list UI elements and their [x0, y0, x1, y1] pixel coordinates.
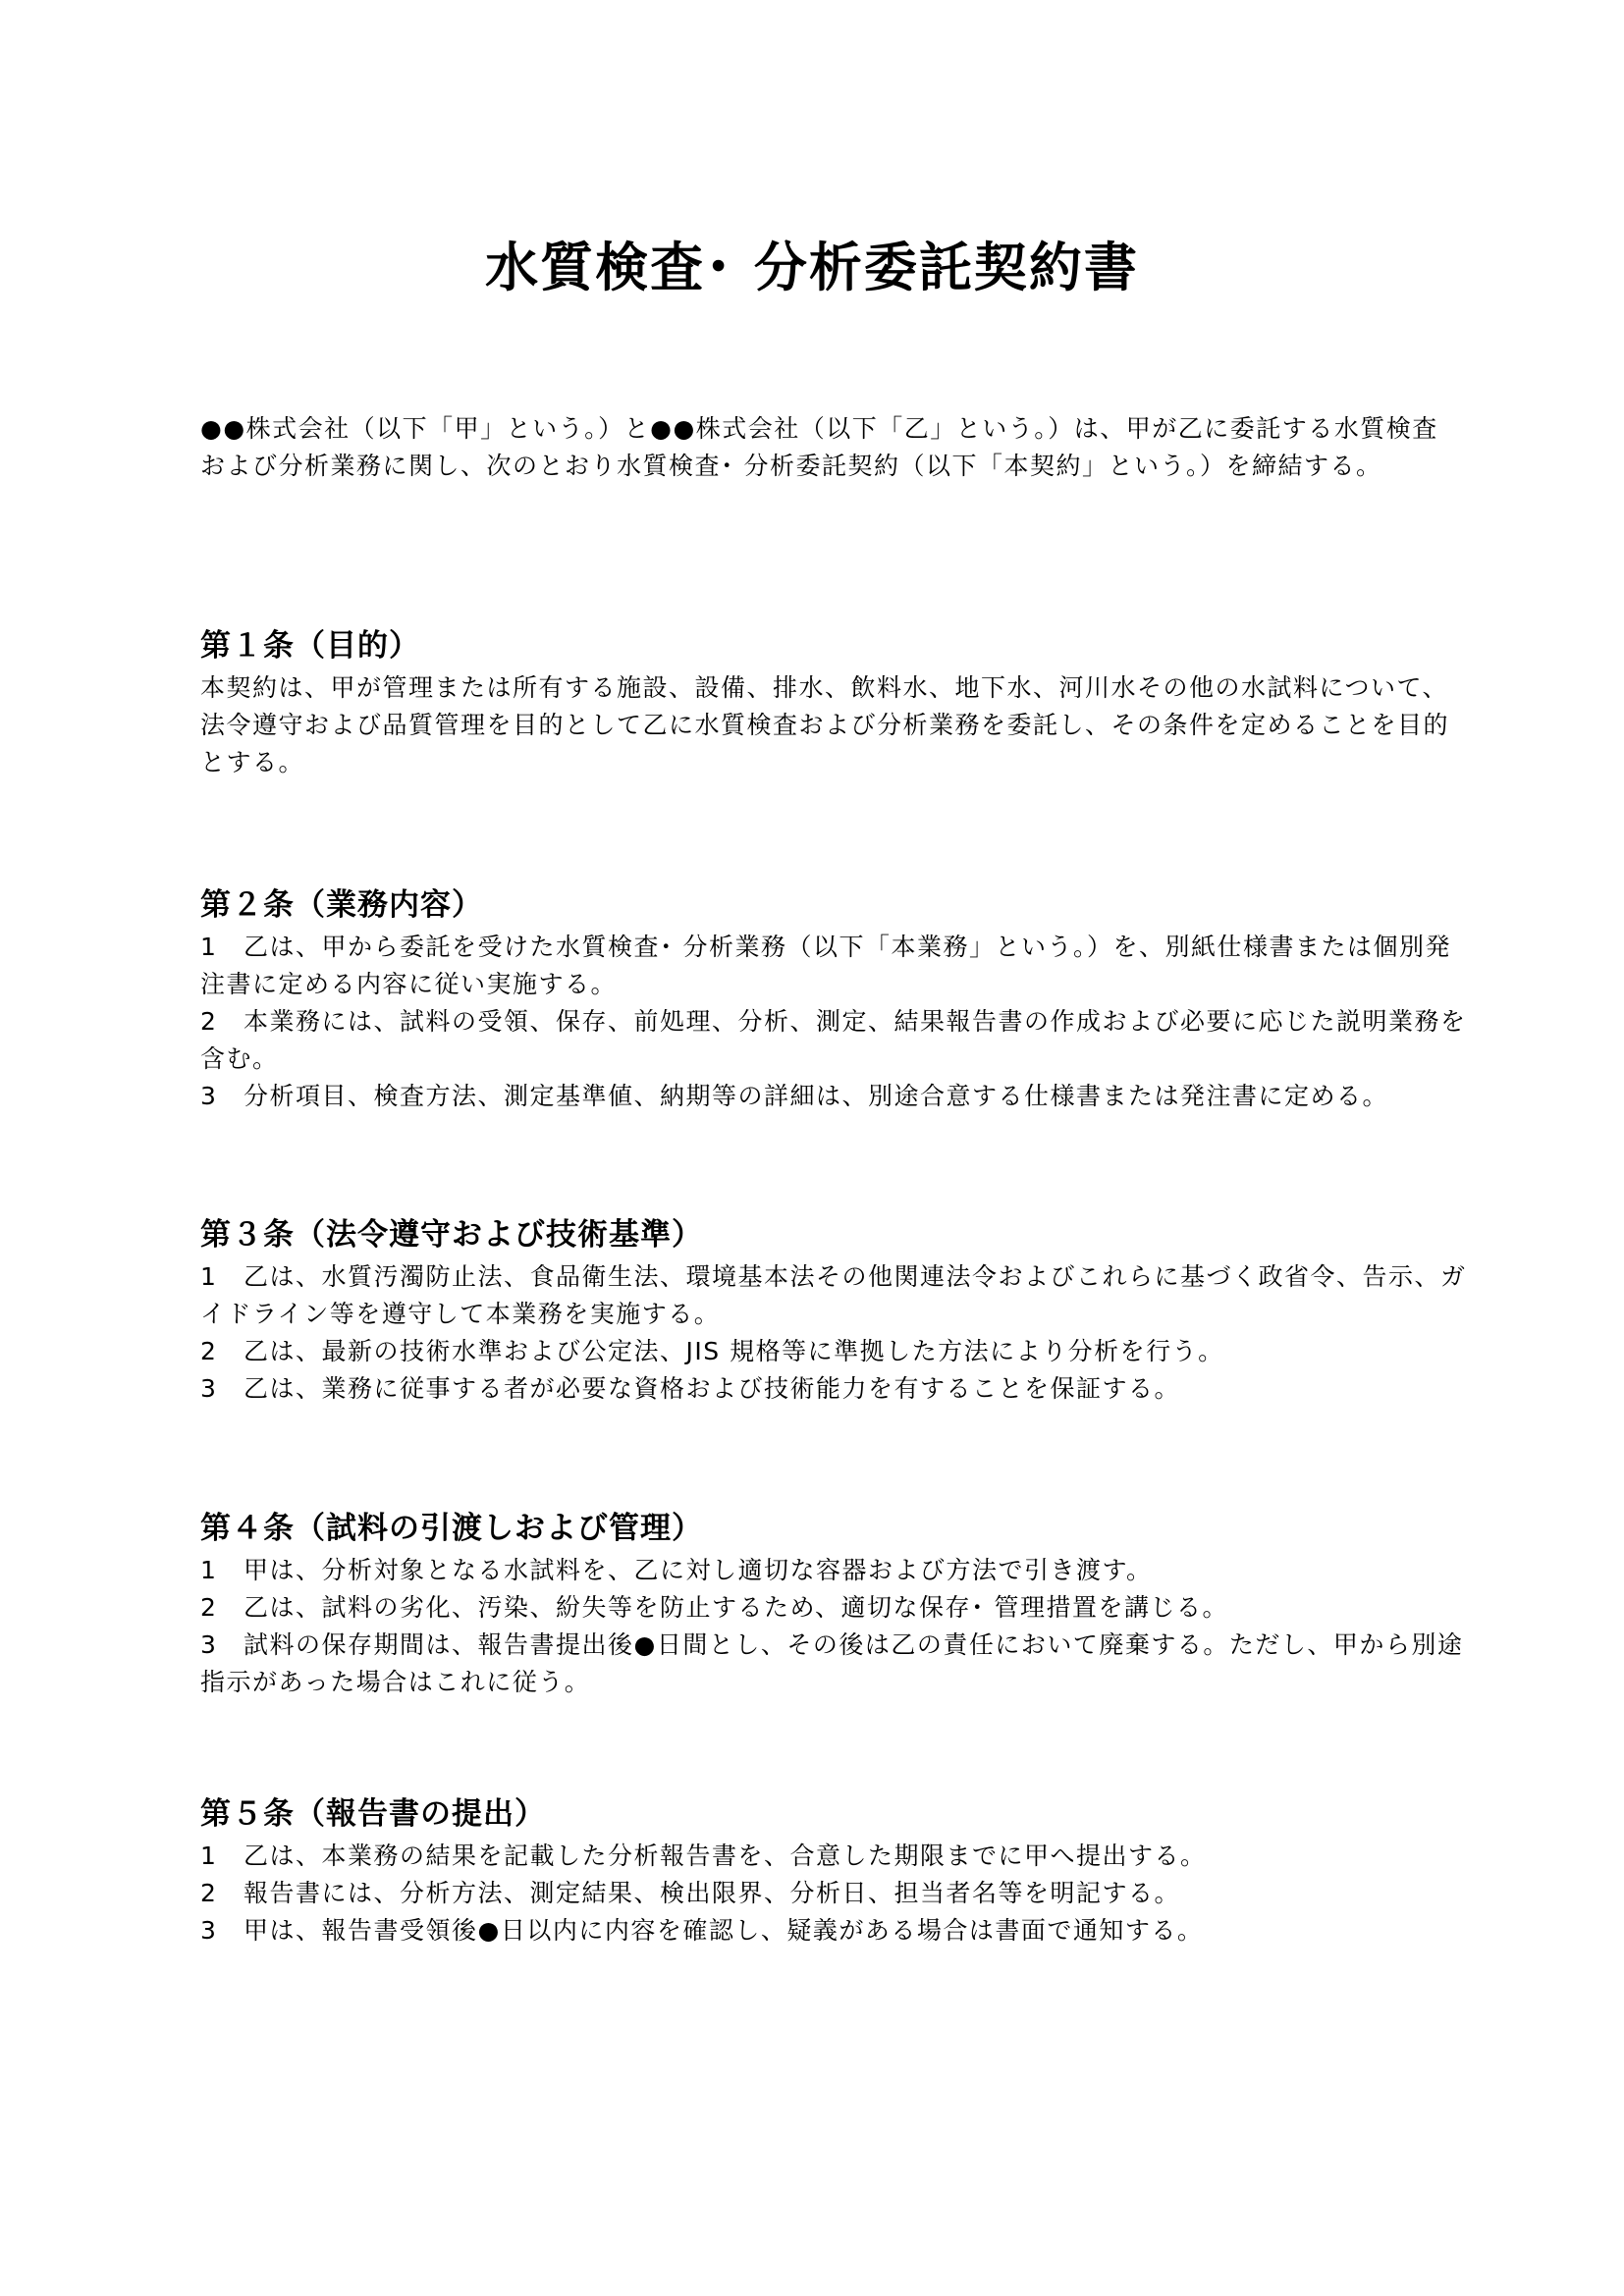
article-2-scope-of-work: 第２条（業務内容） 1乙は、甲から委託を受けた水質検査･ 分析業務（以下「本業務…	[200, 883, 1467, 1115]
clause-number: 2	[200, 1875, 244, 1912]
clause: 3分析項目、検査方法、測定基準値、納期等の詳細は、別途合意する仕様書または発注書…	[200, 1078, 1467, 1115]
clause-text: 試料の保存期間は、報告書提出後●日間とし、その後は乙の責任において廃棄する。ただ…	[200, 1630, 1463, 1696]
clause: 3乙は、業務に従事する者が必要な資格および技術能力を有することを保証する。	[200, 1370, 1467, 1408]
article-3-legal-compliance: 第３条（法令遵守および技術基準） 1乙は、水質汚濁防止法、食品衛生法、環境基本法…	[200, 1213, 1467, 1408]
clause-text: 甲は、報告書受領後●日以内に内容を確認し、疑義がある場合は書面で通知する。	[244, 1916, 1203, 1945]
clause-text: 分析項目、検査方法、測定基準値、納期等の詳細は、別途合意する仕様書または発注書に…	[244, 1082, 1388, 1110]
article-heading: 第２条（業務内容）	[200, 883, 1467, 927]
clause-number: 1	[200, 1258, 244, 1296]
clause-number: 2	[200, 1003, 244, 1041]
clause: 1甲は、分析対象となる水試料を、乙に対し適切な容器および方法で引き渡す。	[200, 1552, 1467, 1589]
clause-text: 甲は、分析対象となる水試料を、乙に対し適切な容器および方法で引き渡す。	[244, 1556, 1153, 1584]
article-5-report-submission: 第５条（報告書の提出） 1乙は、本業務の結果を記載した分析報告書を、合意した期限…	[200, 1792, 1467, 1949]
preamble-paragraph: ●●株式会社（以下「甲」という。）と●●株式会社（以下「乙」という。）は、甲が乙…	[200, 410, 1447, 485]
clause: 1乙は、甲から委託を受けた水質検査･ 分析業務（以下「本業務」という。）を、別紙…	[200, 929, 1467, 1003]
article-heading: 第４条（試料の引渡しおよび管理）	[200, 1507, 1467, 1550]
clause: 1乙は、本業務の結果を記載した分析報告書を、合意した期限までに甲へ提出する。	[200, 1838, 1467, 1875]
article-heading: 第１条（目的）	[200, 624, 1467, 667]
article-heading: 第５条（報告書の提出）	[200, 1792, 1467, 1836]
article-body: 本契約は、甲が管理または所有する施設、設備、排水、飲料水、地下水、河川水その他の…	[200, 669, 1467, 781]
clause-text: 乙は、水質汚濁防止法、食品衛生法、環境基本法その他関連法令およびこれらに基づく政…	[200, 1262, 1467, 1328]
clause-number: 3	[200, 1370, 244, 1408]
clause: 3試料の保存期間は、報告書提出後●日間とし、その後は乙の責任において廃棄する。た…	[200, 1627, 1467, 1701]
clause-number: 3	[200, 1912, 244, 1949]
document-title: 水質検査･ 分析委託契約書	[0, 234, 1624, 302]
clause: 2乙は、最新の技術水準および公定法、JIS 規格等に準拠した方法により分析を行う…	[200, 1333, 1467, 1370]
clause-number: 1	[200, 1552, 244, 1589]
clause-number: 2	[200, 1333, 244, 1370]
clause-number: 1	[200, 1838, 244, 1875]
article-4-sample-handling: 第４条（試料の引渡しおよび管理） 1甲は、分析対象となる水試料を、乙に対し適切な…	[200, 1507, 1467, 1701]
clause-number: 3	[200, 1627, 244, 1664]
clause-text: 報告書には、分析方法、測定結果、検出限界、分析日、担当者名等を明記する。	[244, 1879, 1180, 1907]
clause: 2乙は、試料の劣化、汚染、紛失等を防止するため、適切な保存･ 管理措置を講じる。	[200, 1589, 1467, 1627]
clause-text: 本業務には、試料の受領、保存、前処理、分析、測定、結果報告書の作成および必要に応…	[200, 1007, 1467, 1073]
clause-text: 乙は、試料の劣化、汚染、紛失等を防止するため、適切な保存･ 管理措置を講じる。	[244, 1593, 1228, 1622]
clause-number: 1	[200, 929, 244, 966]
article-1-purpose: 第１条（目的） 本契約は、甲が管理または所有する施設、設備、排水、飲料水、地下水…	[200, 624, 1467, 781]
clause-text: 乙は、業務に従事する者が必要な資格および技術能力を有することを保証する。	[244, 1374, 1180, 1403]
clause: 1乙は、水質汚濁防止法、食品衛生法、環境基本法その他関連法令およびこれらに基づく…	[200, 1258, 1467, 1333]
clause-text: 乙は、最新の技術水準および公定法、JIS 規格等に準拠した方法により分析を行う。	[244, 1337, 1224, 1365]
clause-number: 3	[200, 1078, 244, 1115]
clause: 3甲は、報告書受領後●日以内に内容を確認し、疑義がある場合は書面で通知する。	[200, 1912, 1467, 1949]
article-heading: 第３条（法令遵守および技術基準）	[200, 1213, 1467, 1256]
clause-number: 2	[200, 1589, 244, 1627]
clause: 2報告書には、分析方法、測定結果、検出限界、分析日、担当者名等を明記する。	[200, 1875, 1467, 1912]
clause-text: 乙は、本業務の結果を記載した分析報告書を、合意した期限までに甲へ提出する。	[244, 1842, 1207, 1870]
clause: 2本業務には、試料の受領、保存、前処理、分析、測定、結果報告書の作成および必要に…	[200, 1003, 1467, 1078]
clause-text: 乙は、甲から委託を受けた水質検査･ 分析業務（以下「本業務」という。）を、別紙仕…	[200, 933, 1451, 998]
document-page: 水質検査･ 分析委託契約書 ●●株式会社（以下「甲」という。）と●●株式会社（以…	[0, 0, 1624, 2296]
